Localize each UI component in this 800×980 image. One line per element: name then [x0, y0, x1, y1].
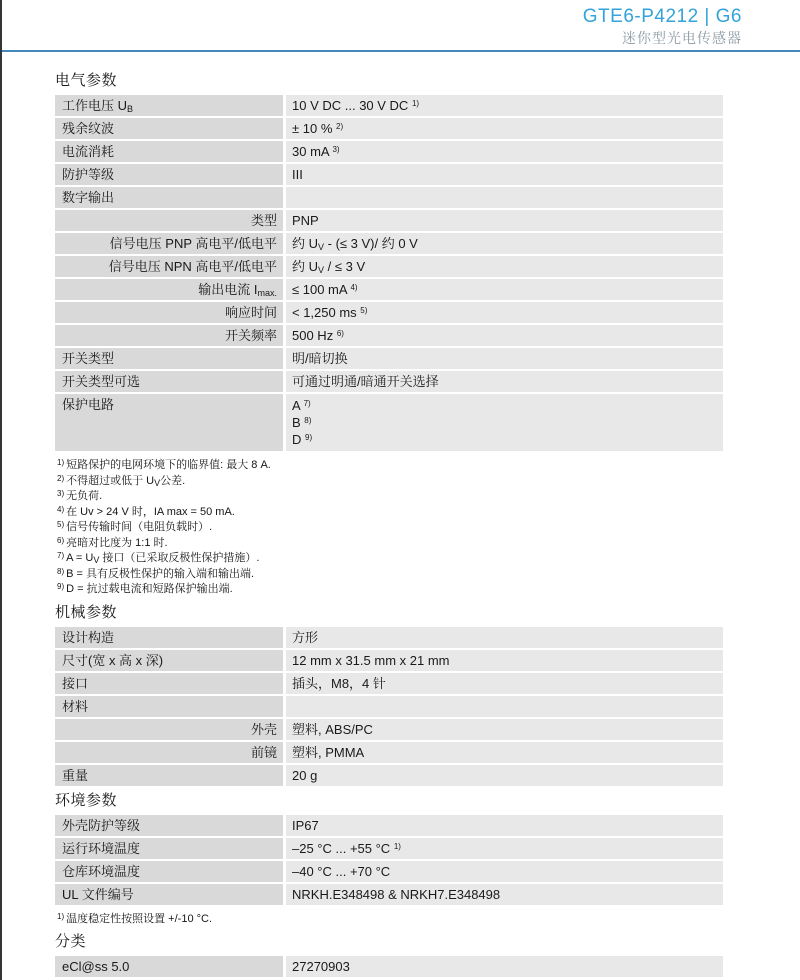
footnote: 3)无负荷. — [57, 489, 723, 505]
spec-value: PNP — [286, 210, 723, 231]
spec-label: 信号电压 NPN 高电平/低电平 — [55, 256, 283, 277]
spec-label: 防护等级 — [55, 164, 283, 185]
spec-row: 输出电流 Imax.≤ 100 mA 4) — [55, 279, 723, 300]
spec-value: 30 mA 3) — [286, 141, 723, 162]
spec-row: 尺寸(宽 x 高 x 深)12 mm x 31.5 mm x 21 mm — [55, 650, 723, 671]
spec-value — [286, 187, 723, 208]
spec-value: 方形 — [286, 627, 723, 648]
spec-label: 前镜 — [55, 742, 283, 763]
spec-value: 可通过明通/暗通开关选择 — [286, 371, 723, 392]
spec-value: 塑料, ABS/PC — [286, 719, 723, 740]
spec-row: 运行环境温度–25 °C ... +55 °C 1) — [55, 838, 723, 859]
spec-value: NRKH.E348498 & NRKH7.E348498 — [286, 884, 723, 905]
footnote: 7)A = UV 接口（已采取反极性保护措施）. — [57, 551, 723, 567]
footnote: 1)温度稳定性按照设置 +/-10 °C. — [57, 912, 723, 928]
spec-content: 电气参数工作电压 UB10 V DC ... 30 V DC 1)残余纹波± 1… — [0, 52, 800, 977]
spec-value: 约 UV / ≤ 3 V — [286, 256, 723, 277]
spec-label: 保护电路 — [55, 394, 283, 451]
spec-label: 尺寸(宽 x 高 x 深) — [55, 650, 283, 671]
spec-label: 设计构造 — [55, 627, 283, 648]
spec-label: 数字输出 — [55, 187, 283, 208]
spec-value: 明/暗切换 — [286, 348, 723, 369]
section-title: 分类 — [55, 933, 723, 951]
spec-row: 数字输出 — [55, 187, 723, 208]
footnote: 5)信号传输时间（电阻负载时）. — [57, 520, 723, 536]
spec-label: 运行环境温度 — [55, 838, 283, 859]
spec-row: 设计构造方形 — [55, 627, 723, 648]
spec-label: 重量 — [55, 765, 283, 786]
spec-row: 残余纹波± 10 % 2) — [55, 118, 723, 139]
spec-label: UL 文件编号 — [55, 884, 283, 905]
spec-row: 开关类型明/暗切换 — [55, 348, 723, 369]
spec-row: eCl@ss 5.027270903 — [55, 956, 723, 977]
spec-value: 插头，M8，4 针 — [286, 673, 723, 694]
spec-row: 电流消耗30 mA 3) — [55, 141, 723, 162]
spec-row: 重量20 g — [55, 765, 723, 786]
spec-row: UL 文件编号NRKH.E348498 & NRKH7.E348498 — [55, 884, 723, 905]
spec-row: 材料 — [55, 696, 723, 717]
spec-label: eCl@ss 5.0 — [55, 956, 283, 977]
spec-row: 仓库环境温度–40 °C ... +70 °C — [55, 861, 723, 882]
footnote: 8)B = 具有反极性保护的输入端和输出端. — [57, 567, 723, 583]
spec-value: 10 V DC ... 30 V DC 1) — [286, 95, 723, 116]
footnote: 2)不得超过或低于 UV公差. — [57, 474, 723, 490]
spec-label: 开关类型可选 — [55, 371, 283, 392]
spec-value-line: D 9) — [292, 431, 716, 448]
spec-table: 设计构造方形尺寸(宽 x 高 x 深)12 mm x 31.5 mm x 21 … — [55, 627, 723, 786]
spec-table: eCl@ss 5.027270903 — [55, 956, 723, 977]
footnotes: 1)短路保护的电网环境下的临界值: 最大 8 A.2)不得超过或低于 UV公差.… — [57, 458, 723, 598]
spec-label: 外壳防护等级 — [55, 815, 283, 836]
footnote: 4)在 Uv > 24 V 时，IA max = 50 mA. — [57, 505, 723, 521]
section-title: 环境参数 — [55, 792, 723, 810]
spec-value: A 7)B 8)D 9) — [286, 394, 723, 451]
spec-label: 电流消耗 — [55, 141, 283, 162]
spec-row: 前镜塑料, PMMA — [55, 742, 723, 763]
spec-label: 信号电压 PNP 高电平/低电平 — [55, 233, 283, 254]
spec-row: 保护电路A 7)B 8)D 9) — [55, 394, 723, 451]
spec-label: 响应时间 — [55, 302, 283, 323]
spec-row: 防护等级III — [55, 164, 723, 185]
product-title: GTE6-P4212 | G6 — [0, 5, 742, 29]
spec-value: 塑料, PMMA — [286, 742, 723, 763]
spec-value: III — [286, 164, 723, 185]
spec-value: 27270903 — [286, 956, 723, 977]
spec-row: 响应时间< 1,250 ms 5) — [55, 302, 723, 323]
spec-value: IP67 — [286, 815, 723, 836]
spec-row: 外壳防护等级IP67 — [55, 815, 723, 836]
section-title: 电气参数 — [55, 72, 723, 90]
spec-label: 开关频率 — [55, 325, 283, 346]
product-subtitle: 迷你型光电传感器 — [0, 29, 742, 47]
spec-label: 外壳 — [55, 719, 283, 740]
spec-row: 类型PNP — [55, 210, 723, 231]
page-edge-line — [0, 0, 2, 980]
spec-label: 开关类型 — [55, 348, 283, 369]
spec-row: 工作电压 UB10 V DC ... 30 V DC 1) — [55, 95, 723, 116]
spec-row: 开关类型可选可通过明通/暗通开关选择 — [55, 371, 723, 392]
spec-value: ≤ 100 mA 4) — [286, 279, 723, 300]
spec-row: 接口插头，M8，4 针 — [55, 673, 723, 694]
spec-table: 外壳防护等级IP67运行环境温度–25 °C ... +55 °C 1)仓库环境… — [55, 815, 723, 905]
footnote: 1)短路保护的电网环境下的临界值: 最大 8 A. — [57, 458, 723, 474]
spec-value-line: B 8) — [292, 414, 716, 431]
spec-label: 接口 — [55, 673, 283, 694]
spec-value: 约 UV - (≤ 3 V)/ 约 0 V — [286, 233, 723, 254]
spec-value: 500 Hz 6) — [286, 325, 723, 346]
spec-label: 工作电压 UB — [55, 95, 283, 116]
datasheet-header: GTE6-P4212 | G6 迷你型光电传感器 — [0, 0, 800, 47]
spec-row: 外壳塑料, ABS/PC — [55, 719, 723, 740]
spec-value: –25 °C ... +55 °C 1) — [286, 838, 723, 859]
spec-label: 残余纹波 — [55, 118, 283, 139]
footnotes: 1)温度稳定性按照设置 +/-10 °C. — [57, 912, 723, 928]
spec-value: 12 mm x 31.5 mm x 21 mm — [286, 650, 723, 671]
spec-value: < 1,250 ms 5) — [286, 302, 723, 323]
spec-table: 工作电压 UB10 V DC ... 30 V DC 1)残余纹波± 10 % … — [55, 95, 723, 451]
spec-label: 材料 — [55, 696, 283, 717]
spec-value — [286, 696, 723, 717]
spec-value: 20 g — [286, 765, 723, 786]
spec-label: 仓库环境温度 — [55, 861, 283, 882]
spec-label: 输出电流 Imax. — [55, 279, 283, 300]
footnote: 6)亮暗对比度为 1:1 时. — [57, 536, 723, 552]
spec-row: 信号电压 PNP 高电平/低电平约 UV - (≤ 3 V)/ 约 0 V — [55, 233, 723, 254]
spec-row: 开关频率500 Hz 6) — [55, 325, 723, 346]
spec-row: 信号电压 NPN 高电平/低电平约 UV / ≤ 3 V — [55, 256, 723, 277]
spec-label: 类型 — [55, 210, 283, 231]
spec-value-line: A 7) — [292, 397, 716, 414]
footnote: 9)D = 抗过载电流和短路保护输出端. — [57, 582, 723, 598]
spec-value: –40 °C ... +70 °C — [286, 861, 723, 882]
section-title: 机械参数 — [55, 604, 723, 622]
spec-value: ± 10 % 2) — [286, 118, 723, 139]
